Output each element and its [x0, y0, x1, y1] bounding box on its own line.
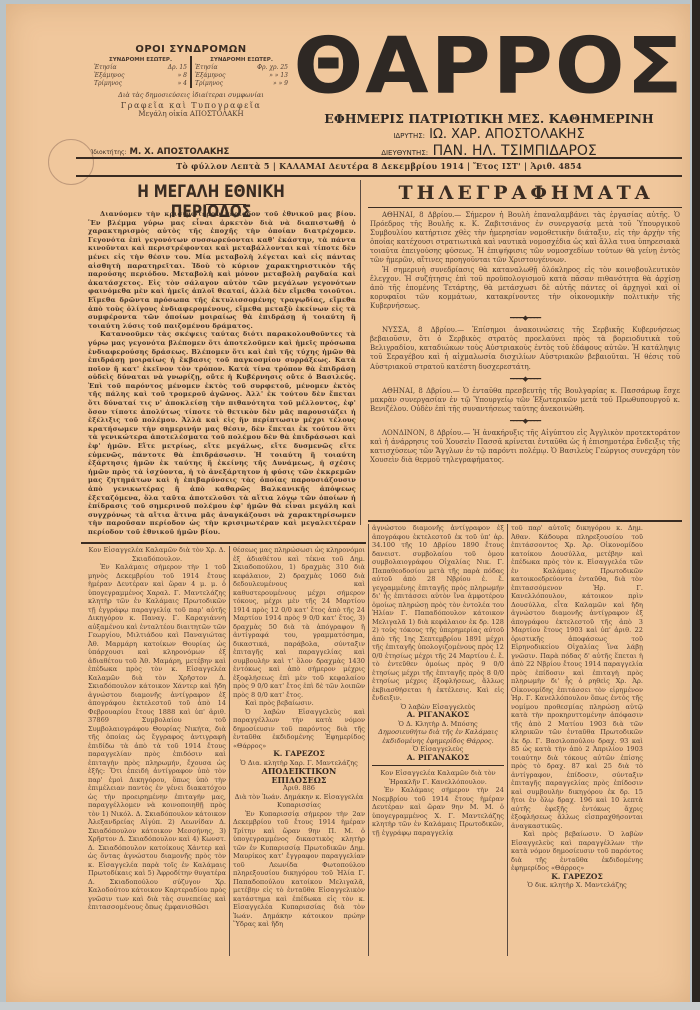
rate-label: Ἐτησία — [94, 64, 117, 72]
signature: Κ. ΓΑΡΕΖΟΣ — [233, 750, 365, 759]
telegrams-body: ΑΘΗΝΑΙ, 8 Δβρίου.— Σήμερον ἡ Βουλὴ ἐπανα… — [370, 211, 680, 465]
rate-value: Φρ. χρ. 25 — [257, 64, 288, 72]
column-divider — [368, 524, 369, 956]
notice-body: Ἐν Κυπαρισσίᾳ σήμερον τὴν 2αν Δεκεμβρίου… — [233, 810, 365, 929]
subscriptions-box: ΟΡΟΙ ΣΥΝΔΡΟΜΩΝ ΣΥΝΔΡΟΜΗ ΕΣΩΤΕΡ. ἘτησίαΔρ… — [91, 46, 291, 118]
foreign-heading: ΣΥΝΔΡΟΜΗ ΕΞΩΤΕΡ. — [195, 56, 288, 64]
rate-label: Ἑξάμηνος — [94, 72, 125, 80]
rate-value: » 4 — [178, 80, 187, 88]
bailiff-signature: Ὁ δικ. κλητὴρ Χ. Μαντελάζης — [511, 881, 643, 890]
telegram-item: ΑΘΗΝΑΙ, 8 Δβρίου.— Ὁ ἐνταῦθα πρεσβευτὴς … — [370, 387, 680, 414]
ornament-divider: ━━━━◆━━━━ — [370, 375, 680, 384]
telegram-item: ΝΥΣΣΑ, 8 Δβρίου.— Ἐπίσημοι ἀνακοινώσεις … — [370, 326, 680, 371]
notice-body: Ἐν Καλάμαις σήμερον τὴν 24 Νοεμβρίου τοῦ… — [372, 786, 504, 837]
ornament-divider: ━━━━◆━━━━ — [370, 417, 680, 426]
notice-body: τοῦ παρ' αὐτοῖς δικηγόρου κ. Δημ. Ἀθαν. … — [511, 524, 643, 830]
notice-section-title: ΑΠΟΔΕΙΚΤΙΚΟΝ ΕΠΙΔΟΣΕΩΣ — [233, 767, 365, 784]
foreign-rates: ΣΥΝΔΡΟΜΗ ΕΞΩΤΕΡ. ἘτησίαΦρ. χρ. 25 Ἑξάμην… — [192, 56, 291, 88]
column-divider — [229, 546, 230, 956]
notice-addressee: Κον Εἰσαγγελέα Καλαμῶν διὰ τὸν Ἡρακλῆν Γ… — [372, 769, 504, 786]
notice-number: Ἀριθ. 886 — [233, 784, 365, 793]
notice-body: θέσεως μας πληρώσωσι ὡς κληρονόμοι ἐξ ἀδ… — [233, 546, 365, 699]
notice-addressee: Κον Εἰσαγγελέα Καλαμῶν διὰ τὸν Χρ. Δ. Σκ… — [88, 546, 226, 563]
director-label: ΔΙΕΥΘΥΝΤΗΣ: — [381, 149, 428, 157]
telegram-item: ΛΟΝΔΙΝΟΝ, 8 Δβρίου.— Ἡ ἀνακήρυξις τῆς Αἰ… — [370, 429, 680, 465]
founder-line: ΙΔΡΥΤΗΣ: ΙΩ. ΧΑΡ. ΑΠΟΣΤΟΛΑΚΗΣ — [289, 127, 689, 142]
notice-confirm: Καὶ πρὸς βεβαίωσιν. — [233, 699, 365, 708]
tagline: ΕΦΗΜΕΡΙΣ ΠΑΤΡΙΩΤΙΚΗ ΜΕΣ. ΚΑΘΗΜΕΡΙΝΗ — [289, 111, 689, 126]
page-edge-right — [692, 0, 700, 1010]
bailiff-signature: Ὁ Δ. Κλητὴρ Δ. Μπόσης — [372, 720, 504, 729]
rate-label: Τρίμηνος — [195, 80, 223, 88]
owner-label: Ἰδιοκτήτης: — [91, 149, 127, 156]
rate-label: Ἐτησία — [195, 64, 218, 72]
page-edge-bottom — [0, 1002, 700, 1010]
rate-value: Δρ. 15 — [168, 64, 187, 72]
notice-confirm: Καὶ πρὸς βεβαίωσιν. Ὁ λαβὼν Εἰσαγγελεὺς … — [511, 830, 643, 873]
headline-underline — [206, 204, 246, 205]
telegrams-headline: ΤΗΛΕΓΡΑΦΗΜΑΤΑ — [371, 182, 681, 204]
notice-order: Ὁ λαβὼν Εἰσαγγελεὺς καὶ παραγγέλλων τὴν … — [233, 708, 365, 751]
telegrams-rule — [368, 207, 682, 208]
newspaper-page: ΟΡΟΙ ΣΥΝΔΡΟΜΩΝ ΣΥΝΔΡΟΜΗ ΕΣΩΤΕΡ. ἘτησίαΔρ… — [6, 4, 690, 1004]
ads-note: Διὰ τὰς δημοσιεύσεις ἰδιαίτεραι συμφωνία… — [91, 91, 291, 99]
article-paragraph: Κατανοοῦμεν τὰς σκέψεις ταύτας διότι παρ… — [88, 330, 356, 536]
notice-body: ἀγνώστου διαμονῆς ἀντίγραφον ἐξ ἀπογράφο… — [372, 524, 504, 703]
subscriptions-title: ΟΡΟΙ ΣΥΝΔΡΟΜΩΝ — [91, 46, 291, 54]
dateline: Τὸ φύλλον Λεπτὰ 5 | ΚΑΛΑΜΑΙ Δευτέρα 8 Δε… — [76, 161, 682, 171]
ornament-divider: ━━━━◆━━━━ — [370, 314, 680, 323]
rate-value: » » 9 — [273, 80, 288, 88]
signature: Α. ΡΙΓΑΝΑΚΟΣ — [372, 711, 504, 720]
rate-value: » 8 — [178, 72, 187, 80]
rate-label: Τρίμηνος — [94, 80, 122, 88]
masthead-rule-top — [76, 157, 682, 159]
notice-column-4: τοῦ παρ' αὐτοῖς δικηγόρου κ. Δημ. Ἀθαν. … — [511, 524, 643, 890]
section-rule-right — [368, 520, 682, 522]
notice-divider — [372, 765, 504, 766]
section-rule-left — [81, 542, 366, 544]
offices-label: Γραφεῖα καὶ Τυπογραφεῖα — [91, 102, 291, 110]
newspaper-title: ΘΑΡΡΟΣ — [289, 28, 689, 106]
domestic-rates: ΣΥΝΔΡΟΜΗ ΕΣΩΤΕΡ. ἘτησίαΔρ. 15 Ἑξάμηνος» … — [91, 56, 192, 88]
domestic-heading: ΣΥΝΔΡΟΜΗ ΕΣΩΤΕΡ. — [94, 56, 187, 64]
building-label: Μεγάλη οἰκία ΑΠΟΣΤΟΛΑΚΗ — [91, 110, 291, 118]
founder-name: ΙΩ. ΧΑΡ. ΑΠΟΣΤΟΛΑΚΗΣ — [429, 127, 585, 142]
notice-addressee: Διὰ τὸν Ἰωάν. Δημάκην κ. Εἰσαγγελέα Κυπα… — [233, 793, 365, 810]
column-divider — [507, 524, 508, 956]
owner-line: Ἰδιοκτήτης: Μ. Χ. ΑΠΟΣΤΟΛΑΚΗΣ — [91, 147, 229, 157]
founder-label: ΙΔΡΥΤΗΣ: — [393, 132, 425, 140]
publish-order: Δημοσιευθήτω διὰ τῆς ἐν Καλάμαις ἐκδιδομ… — [372, 728, 504, 745]
telegram-item: Ἡ σημερινὴ συνεδρίασις θὰ καταναλωθῇ ὁλό… — [370, 266, 680, 311]
notice-column-2: θέσεως μας πληρώσωσι ὡς κληρονόμοι ἐξ ἀδ… — [233, 546, 365, 929]
rate-value: » » 13 — [269, 72, 288, 80]
signature: Α. ΡΙΓΑΝΑΚΟΣ — [372, 754, 504, 763]
left-article-body: Διανύομεν τὴν κρισιμωτέραν περίοδον τοῦ … — [88, 210, 356, 537]
telegram-item: ΑΘΗΝΑΙ, 8 Δβρίου.— Σήμερον ἡ Βουλὴ ἐπανα… — [370, 211, 680, 266]
rate-label: Ἑξάμηνος — [195, 72, 226, 80]
masthead-rule-bottom — [76, 175, 682, 177]
owner-name: Μ. Χ. ΑΠΟΣΤΟΛΑΚΗΣ — [130, 147, 230, 157]
column-divider — [360, 180, 361, 525]
article-paragraph: Διανύομεν τὴν κρισιμωτέραν περίοδον τοῦ … — [88, 210, 356, 330]
signature: Κ. ΓΑΡΕΖΟΣ — [511, 873, 643, 882]
notice-body: Ἐν Καλάμαις σήμερον τὴν 1 τοῦ μηνὸς Δεκε… — [88, 563, 226, 912]
notice-column-3: ἀγνώστου διαμονῆς ἀντίγραφον ἐξ ἀπογράφο… — [372, 524, 504, 837]
notice-column-1: Κον Εἰσαγγελέα Καλαμῶν διὰ τὸν Χρ. Δ. Σκ… — [88, 546, 226, 912]
